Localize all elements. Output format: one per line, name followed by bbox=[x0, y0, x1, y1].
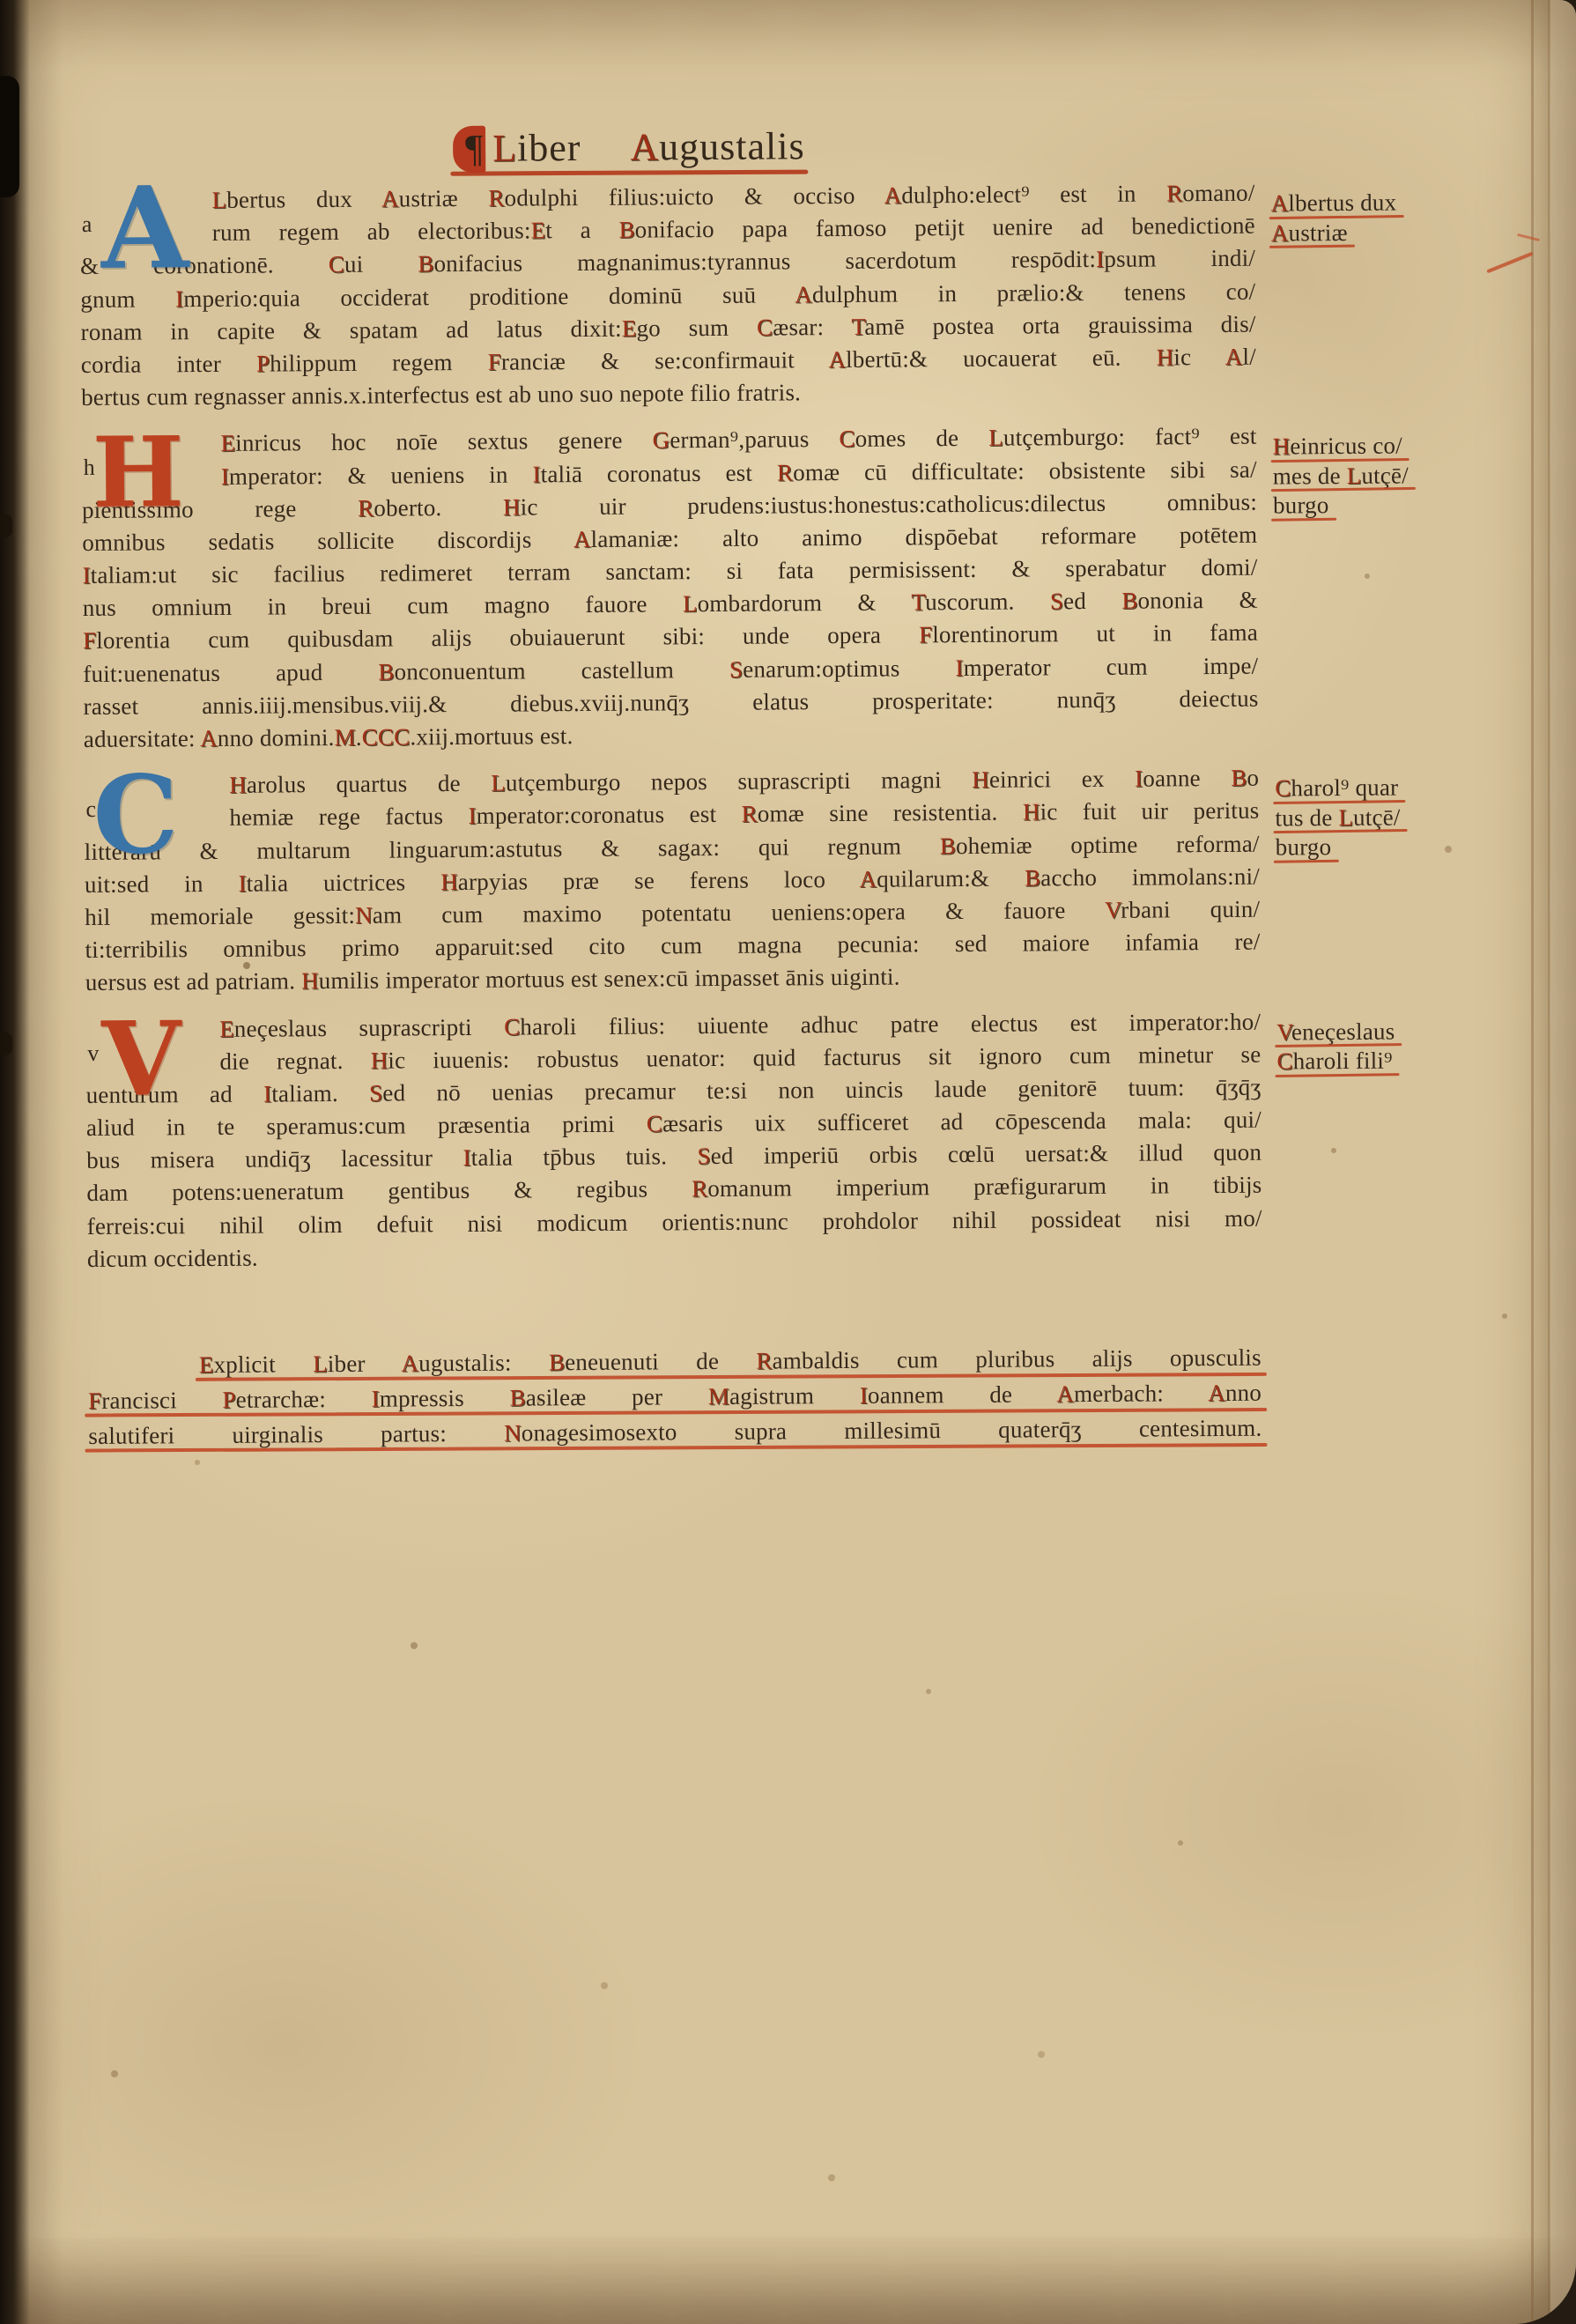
initial-letter: A bbox=[100, 172, 189, 285]
rubricated-capital: F bbox=[88, 1388, 101, 1414]
rubricated-capital: R bbox=[1166, 180, 1182, 206]
rubricated-capital: E bbox=[199, 1351, 214, 1378]
body-text-line: uersus est ad patriam. Humilis imperator… bbox=[85, 958, 1261, 999]
paragraph: vVEneçeslaus suprascripti Charoli filius… bbox=[85, 1005, 1262, 1276]
rubricated-capital: H bbox=[440, 869, 458, 895]
rubricated-capital: R bbox=[741, 801, 757, 827]
rubricated-capital: L bbox=[988, 425, 1003, 451]
rubricated-capital: F bbox=[488, 349, 501, 375]
page-title: ¶LiberAugustalis bbox=[453, 123, 805, 172]
margin-note-line: Austriæ bbox=[1271, 218, 1348, 248]
margin-note-line: burgo bbox=[1273, 491, 1329, 521]
rubricated-capital: I bbox=[371, 1386, 379, 1412]
rubricated-capital: V bbox=[1276, 1018, 1291, 1045]
rubricated-capital: A bbox=[795, 281, 812, 307]
rubricated-capital: M bbox=[708, 1383, 729, 1410]
paragraph: cCHarolus quartus de Lutçemburgo nepos s… bbox=[84, 762, 1261, 1000]
rubricated-capital: I bbox=[468, 803, 476, 829]
rubricated-capital: A bbox=[1056, 1380, 1074, 1407]
rubricated-capital: N bbox=[504, 1420, 522, 1447]
margin-note: Albertus duxAustriæ bbox=[1271, 188, 1509, 248]
rubricated-capital: B bbox=[1121, 588, 1137, 614]
page-content: ¶LiberAugustalis aALbertus dux Austriæ R… bbox=[79, 119, 1520, 1455]
binding-shadow bbox=[0, 0, 30, 2324]
rubricated-capital: I bbox=[462, 1144, 470, 1171]
margin-note: VeneçeslausCharoli fili⁹ bbox=[1276, 1016, 1514, 1077]
rubricated-capital: S bbox=[729, 655, 743, 682]
drop-cap-a: aA bbox=[79, 184, 212, 250]
rubricated-capital: H bbox=[301, 967, 319, 994]
rubricated-capital: I bbox=[1135, 766, 1143, 792]
rubricated-capital: S bbox=[1050, 588, 1063, 614]
rubricated-capital: S bbox=[697, 1143, 710, 1169]
rubricated-capital: R bbox=[488, 185, 504, 211]
rubricated-capital: L bbox=[211, 187, 226, 213]
rubricated-capital: L bbox=[313, 1351, 328, 1377]
margin-note: Heinricus co/mes de Lutçē/burgo bbox=[1272, 431, 1511, 521]
rubricated-capital: E bbox=[530, 217, 545, 243]
paragraph: hHEinricus hoc noīe sextus genere German… bbox=[81, 420, 1259, 756]
margin-note-line: Charol⁹ quar bbox=[1275, 773, 1398, 803]
body-text-line: bertus cum regnasser annis.x.interfectus… bbox=[81, 374, 1256, 414]
page-edge-tick bbox=[0, 514, 12, 537]
rubricated-capital: G bbox=[652, 427, 670, 454]
rubricated-capital: A bbox=[1271, 189, 1289, 216]
rubricated-capital: R bbox=[358, 494, 374, 521]
rubricated-capital: L bbox=[1338, 804, 1353, 831]
rubricated-capital: A bbox=[200, 725, 218, 751]
rubricated-capital: T bbox=[851, 314, 864, 340]
rubricated-capital: A bbox=[573, 526, 591, 552]
rubricated-capital: H bbox=[371, 1047, 388, 1073]
rubricated-capital: H bbox=[503, 493, 521, 520]
margin-note-line: Heinricus co/ bbox=[1272, 432, 1402, 463]
leaf-edge-highlight bbox=[1550, 0, 1576, 2324]
rubricated-capital: C bbox=[1276, 1047, 1292, 1074]
leaf-edge-line bbox=[1531, 0, 1534, 2324]
rubricated-capital: C bbox=[647, 1110, 662, 1136]
rubricated-capital: A bbox=[1225, 344, 1243, 370]
margin-note: Charol⁹ quartus de Lutçē/burgo bbox=[1275, 773, 1513, 862]
drop-cap-v: vV bbox=[85, 1012, 220, 1078]
rubricated-capital: B bbox=[940, 833, 956, 859]
rubricated-capital: R bbox=[777, 459, 793, 485]
margin-note-line: mes de Lutçē/ bbox=[1273, 461, 1409, 492]
rubricated-capital: A bbox=[1208, 1380, 1225, 1406]
rubricated-capital: L bbox=[491, 770, 506, 796]
rubricated-capital: A bbox=[884, 181, 901, 208]
rubricated-capital: F bbox=[919, 622, 932, 648]
body-text-line: aduersitate: Anno domini.M.CCC.xiij.mort… bbox=[84, 715, 1259, 756]
margin-note-line: Albertus dux bbox=[1271, 189, 1397, 218]
red-pen-mark bbox=[1517, 233, 1540, 241]
margin-note-line: Veneçeslaus bbox=[1276, 1017, 1395, 1047]
guide-letter: a bbox=[82, 208, 92, 241]
rubricated-capital: L bbox=[492, 127, 517, 170]
rubricated-capital: S bbox=[369, 1079, 382, 1106]
colophon-line: salutiferi uirginalis partus: Nonagesimo… bbox=[88, 1412, 1262, 1455]
rubricated-capital: L bbox=[1347, 463, 1362, 489]
rubricated-capital: I bbox=[238, 870, 246, 896]
rubricated-capital: R bbox=[756, 1348, 772, 1374]
rubricated-capital: I bbox=[221, 463, 229, 489]
margin-note-line: tus de Lutçē/ bbox=[1275, 803, 1400, 833]
drop-cap-c: cC bbox=[84, 769, 230, 835]
rubricated-capital: B bbox=[1231, 765, 1247, 791]
rubricated-capital: I bbox=[532, 461, 540, 487]
text-block: aALbertus dux Austriæ Rodulphi filius:ui… bbox=[79, 175, 1519, 1276]
rubricated-capital: H bbox=[1157, 344, 1174, 370]
rubricated-capital: C bbox=[1275, 775, 1291, 802]
rubricated-capital: I bbox=[263, 1080, 271, 1106]
rubricated-capital: H bbox=[229, 772, 247, 798]
rubricated-capital: M bbox=[334, 724, 355, 751]
drop-cap-h: hH bbox=[81, 427, 221, 493]
margin-note-line: Charoli fili⁹ bbox=[1276, 1047, 1392, 1077]
rubricated-capital: L bbox=[683, 590, 698, 617]
leaf-edge-line bbox=[1548, 0, 1550, 2324]
rubricated-capital: T bbox=[911, 589, 925, 616]
paragraph: aALbertus dux Austriæ Rodulphi filius:ui… bbox=[79, 177, 1256, 415]
rubricated-capital: A bbox=[828, 346, 846, 373]
initial-letter: V bbox=[101, 1008, 181, 1111]
rubricated-capital: B bbox=[618, 217, 634, 243]
rubricated-capital: I bbox=[955, 655, 963, 681]
rubricated-capital: B bbox=[418, 251, 433, 278]
guide-letter: v bbox=[87, 1036, 99, 1069]
rubricated-capital: E bbox=[220, 430, 235, 456]
rubricated-capital: A bbox=[401, 1350, 418, 1376]
book-page: ¶LiberAugustalis aALbertus dux Austriæ R… bbox=[0, 0, 1576, 2324]
rubricated-capital: C bbox=[757, 314, 773, 340]
rubricated-capital: C bbox=[839, 426, 855, 452]
rubricated-capital: C bbox=[329, 251, 344, 278]
rubricated-capital: P bbox=[256, 350, 270, 376]
rubricated-capital: B bbox=[549, 1349, 565, 1375]
rubricated-capital: R bbox=[692, 1175, 707, 1202]
rubricated-capital: A bbox=[381, 185, 399, 211]
rubricated-capital: I bbox=[82, 562, 90, 588]
margin-note-line: burgo bbox=[1276, 833, 1332, 862]
rubricated-capital: A bbox=[630, 125, 659, 168]
binding-dark-blob bbox=[0, 76, 19, 197]
rubricated-capital: N bbox=[355, 902, 373, 929]
colophon: Explicit Liber Augustalis: Beneuenuti de… bbox=[88, 1342, 1262, 1455]
rubricated-capital: F bbox=[83, 627, 96, 654]
initial-letter: H bbox=[92, 424, 184, 522]
rubricated-capital: C bbox=[504, 1013, 520, 1040]
initial-letter: C bbox=[92, 760, 179, 869]
rubricated-capital: I bbox=[860, 1382, 868, 1409]
rubricated-capital: P bbox=[222, 1387, 235, 1413]
rubricated-capital: CCC bbox=[362, 723, 411, 750]
rubricated-capital: B bbox=[509, 1384, 525, 1410]
page-edge-tick bbox=[0, 1032, 12, 1055]
rubricated-capital: I bbox=[1096, 246, 1104, 272]
rubricated-capital: E bbox=[622, 315, 637, 341]
pilcrow-icon: ¶ bbox=[453, 126, 485, 173]
rubricated-capital: B bbox=[378, 658, 394, 685]
rubricated-capital: E bbox=[219, 1015, 234, 1041]
rubricated-capital: B bbox=[1025, 864, 1040, 891]
rubricated-capital: H bbox=[1272, 433, 1290, 460]
rubricated-capital: A bbox=[1271, 219, 1289, 246]
rubricated-capital: H bbox=[972, 766, 989, 793]
rubricated-capital: A bbox=[859, 865, 877, 892]
rubricated-capital: V bbox=[1105, 897, 1121, 923]
rubricated-capital: H bbox=[1023, 799, 1040, 825]
